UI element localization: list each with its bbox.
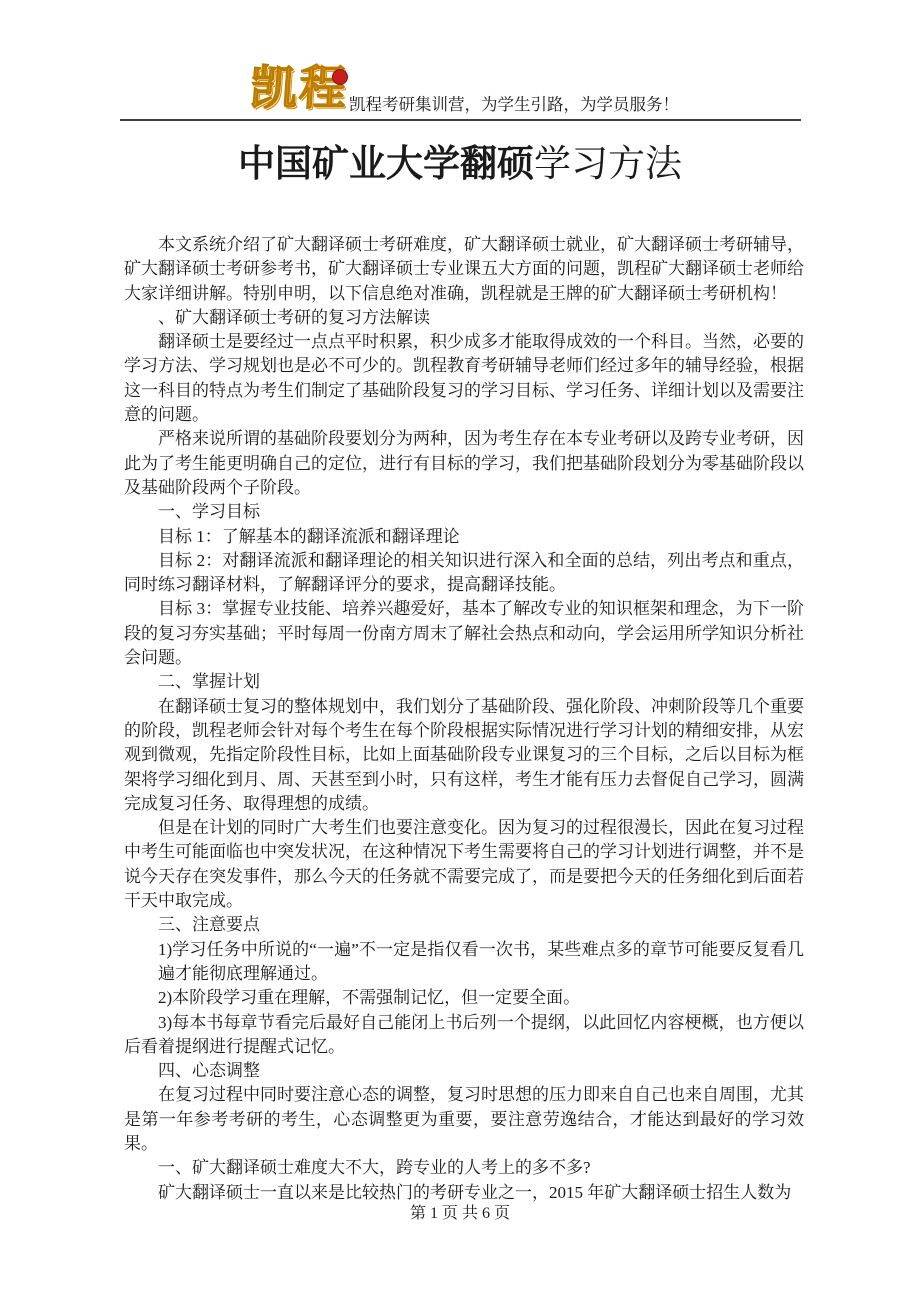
page-number: 第 1 页 共 6 页 [0,1200,920,1223]
section-heading: 一、矿大翻译硕士难度大不大，跨专业的人考上的多不多? [124,1156,804,1180]
body-paragraph: 但是在计划的同时广大考生们也要注意变化。因为复习的过程很漫长，因此在复习过程中考… [124,816,804,913]
body-paragraph: 在翻译硕士复习的整体规划中，我们划分了基础阶段、强化阶段、冲刺阶段等几个重要的阶… [124,695,804,816]
header-divider [120,119,801,121]
body-paragraph: 本文系统介绍了矿大翻译硕士考研难度，矿大翻译硕士就业，矿大翻译硕士考研辅导，矿大… [124,233,804,306]
kaicheng-logo-text: 凯程 [248,58,350,120]
body-paragraph: 目标 2：对翻译流派和翻译理论的相关知识进行深入和全面的总结，列出考点和重点，同… [124,549,804,598]
kaicheng-logo: 凯程 [250,58,356,124]
page-title-bold: 中国矿业大学翻硕 [238,144,534,185]
body-paragraph: 在复习过程中同时要注意心态的调整，复习时思想的压力即来自自己也来自周围，尤其是第… [124,1083,804,1156]
list-item: 2)本阶段学习重在理解，不需强制记忆，但一定要全面。 [124,986,804,1010]
section-heading: 四、心态调整 [124,1059,804,1083]
document-body: 本文系统介绍了矿大翻译硕士考研难度，矿大翻译硕士就业，矿大翻译硕士考研辅导，矿大… [124,233,804,1205]
document-page: 凯程 凯程考研集训营，为学生引路，为学员服务！ 中国矿业大学翻硕学习方法 本文系… [0,0,920,1302]
list-item: 3)每本书每章节看完后最好自己能闭上书后列一个提纲，以此回忆内容梗概，也方便以后… [124,1011,804,1060]
body-paragraph: 目标 3：掌握专业技能、培养兴趣爱好，基本了解改专业的知识框架和理念，为下一阶段… [124,597,804,670]
page-title-light: 学习方法 [534,144,682,185]
section-heading: 三、注意要点 [124,913,804,937]
section-heading: 二、掌握计划 [124,670,804,694]
page-title: 中国矿业大学翻硕学习方法 [0,138,920,192]
body-paragraph: 翻译硕士是要经过一点点平时积累，积少成多才能取得成效的一个科目。当然，必要的学习… [124,330,804,427]
section-heading: 、矿大翻译硕士考研的复习方法解读 [124,306,804,330]
body-paragraph: 目标 1：了解基本的翻译流派和翻译理论 [124,525,804,549]
section-heading: 一、学习目标 [124,500,804,524]
logo-red-dot-icon [332,69,348,85]
header-tagline: 凯程考研集训营，为学生引路，为学员服务！ [349,94,679,116]
body-paragraph: 严格来说所谓的基础阶段要划分为两种，因为考生存在本专业考研以及跨专业考研，因此为… [124,427,804,500]
list-item: 1)学习任务中所说的“一遍”不一定是指仅看一次书，某些难点多的章节可能要反复看几… [158,938,804,987]
